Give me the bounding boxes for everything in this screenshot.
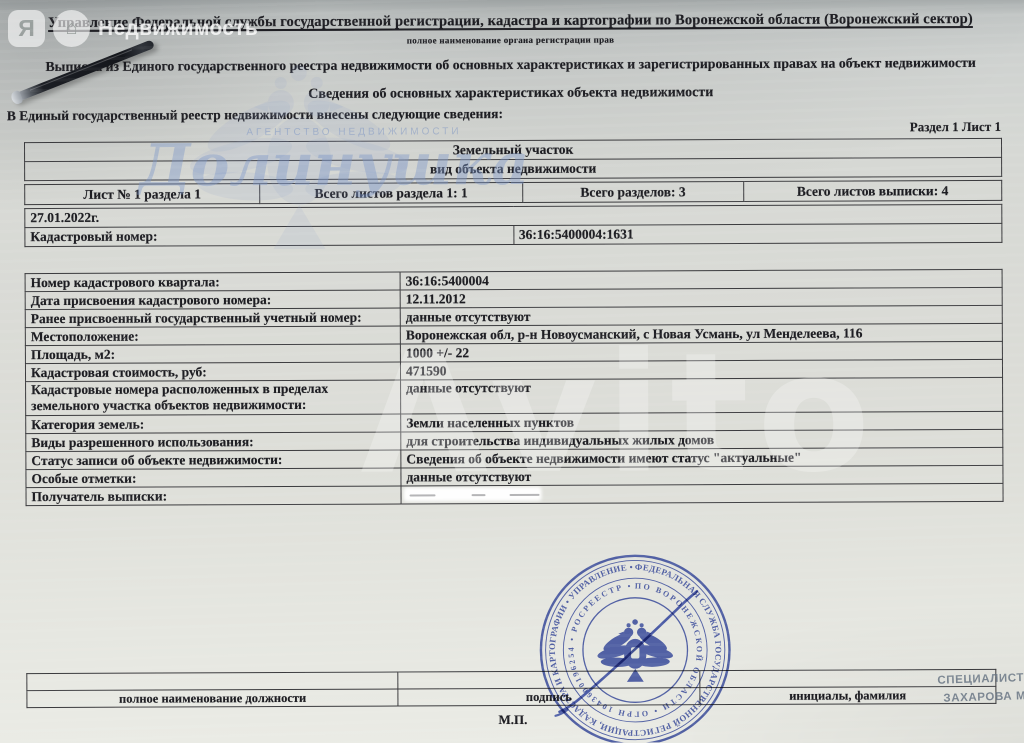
row-label: Особые отметки: — [26, 468, 401, 488]
row-label: Кадастровые номера расположенных в преде… — [26, 380, 401, 416]
specialist-stamp-line1: СПЕЦИАЛИСТ-Э — [937, 671, 1024, 687]
house-icon: ⌂ — [65, 17, 77, 40]
attribute-table: Номер кадастрового квартала:36:16:540000… — [25, 269, 1004, 506]
brand-letter: Я — [18, 15, 35, 42]
sheet-info-cell: Всего листов выписки: 4 — [743, 180, 1001, 201]
row-label: Номер кадастрового квартала: — [25, 272, 400, 292]
row-label: Ранее присвоенный государственный учетны… — [25, 308, 400, 328]
footer-table: полное наименование должности подпись ин… — [26, 669, 996, 708]
footer-position-field — [27, 672, 398, 691]
row-label: Местоположение: — [25, 326, 400, 346]
agency-watermark-caption: агентство недвижимости — [189, 126, 519, 138]
row-label: Дата присвоения кадастрового номера: — [25, 290, 400, 310]
table-row: Получатель выписки: — [26, 483, 1003, 505]
row-label: Категория земель: — [26, 414, 401, 434]
document-photo: Управление Федеральной службы государств… — [0, 0, 1024, 743]
footer-position-caption: полное наименование должности — [27, 689, 398, 708]
doc-subtitle: Сведения об основных характеристиках объ… — [0, 84, 1023, 104]
row-value: 36:16:5400004:1631 — [513, 223, 1002, 244]
specialist-stamp-line2: ЗАХАРОВА М — [943, 689, 1024, 705]
row-label: Кадастровая стоимость, руб: — [25, 362, 400, 382]
row-value — [401, 483, 1003, 504]
row-label: Виды разрешенного использования: — [26, 432, 401, 452]
section-sheet-label: Раздел 1 Лист 1 — [910, 119, 1001, 135]
sheet-info-cell: Всего разделов: 3 — [523, 181, 744, 202]
sheet-info-cell: Лист № 1 раздела 1 — [25, 184, 260, 205]
table-row: Кадастровые номера расположенных в преде… — [26, 377, 1003, 415]
table-row: полное наименование должности подпись ин… — [27, 686, 996, 707]
row-label: Получатель выписки: — [26, 486, 401, 506]
row-label: Статус записи об объекте недвижимости: — [26, 450, 401, 470]
object-type-caption: вид объекта недвижимости — [25, 157, 1002, 180]
redaction-mark — [410, 494, 436, 496]
redaction-mark — [510, 494, 540, 496]
sheet-info-cell: Всего листов раздела 1: 1 — [260, 182, 523, 203]
brand-circle-icon: ⌂ — [53, 10, 90, 47]
cadastral-number-row: Кадастровый номер: 36:16:5400004:1631 — [25, 223, 1002, 246]
brand-name: Недвижимость — [98, 17, 258, 41]
table-row: Лист № 1 раздела 1Всего листов раздела 1… — [25, 180, 1002, 204]
row-label: Кадастровый номер: — [25, 225, 514, 246]
row-label: Площадь, м2: — [25, 344, 400, 364]
doc-title: Выписка из Единого государственного реес… — [0, 55, 1023, 75]
table-row: вид объекта недвижимости — [25, 157, 1002, 180]
row-value: данные отсутствуют — [401, 377, 1003, 414]
brand-logo: Я ⌂ Недвижимость — [8, 10, 258, 47]
redaction-mark — [472, 494, 486, 496]
sheet-info-table: Лист № 1 раздела 1Всего листов раздела 1… — [24, 180, 1002, 205]
object-type-table: Земельный участок вид объекта недвижимос… — [24, 138, 1002, 181]
mp-label: М.П. — [498, 712, 527, 728]
brand-letter-badge: Я — [8, 10, 45, 47]
intro-line: В Единый государственный реестр недвижим… — [7, 106, 503, 124]
cadastral-table: 27.01.2022г. Кадастровый номер: 36:16:54… — [24, 204, 1002, 247]
signature-stroke — [541, 559, 742, 730]
